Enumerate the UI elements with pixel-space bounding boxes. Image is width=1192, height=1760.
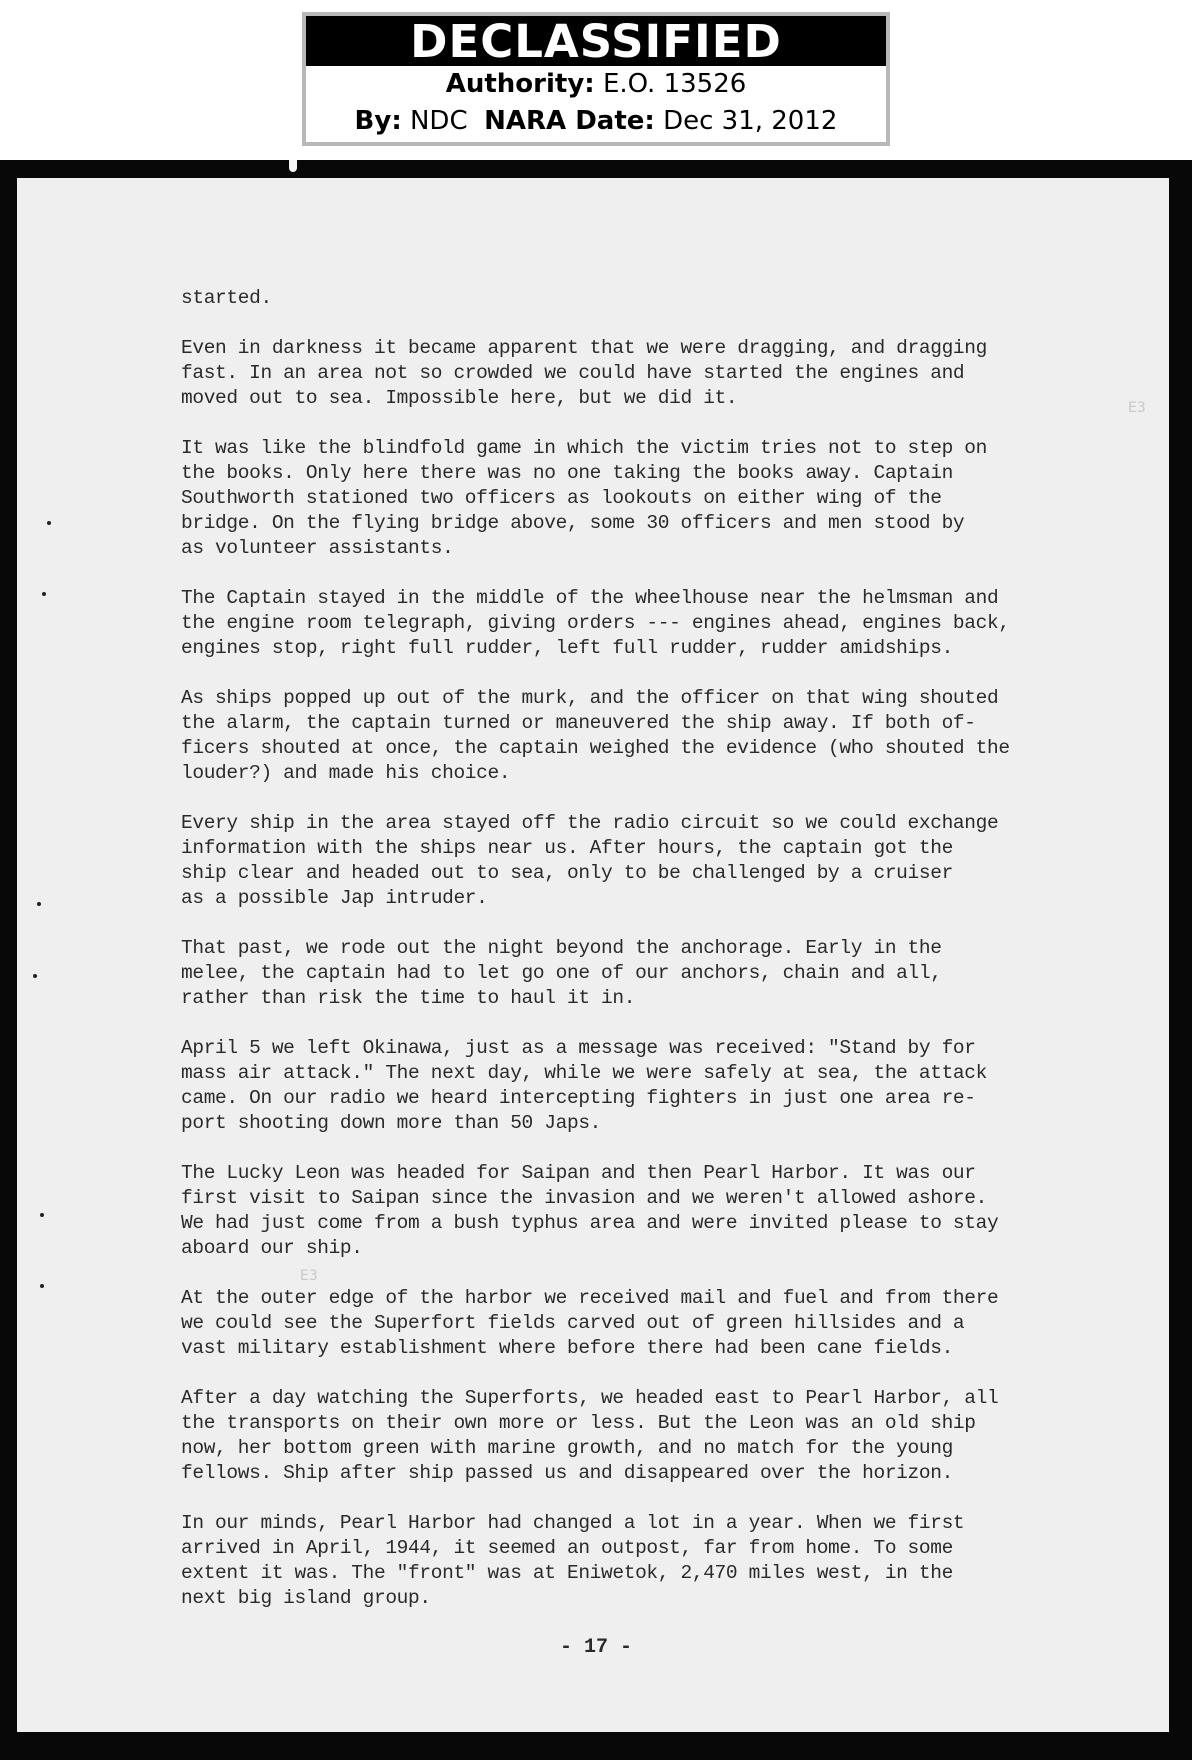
declassification-stamp: DECLASSIFIED Authority: E.O. 13526 By: N… xyxy=(302,12,890,146)
paragraph: April 5 we left Okinawa, just as a messa… xyxy=(181,1036,1081,1136)
margin-punch-dot xyxy=(40,1213,44,1217)
stamp-authority-line: Authority: E.O. 13526 xyxy=(306,66,886,103)
paragraph: At the outer edge of the harbor we recei… xyxy=(181,1286,1081,1361)
paragraph: In our minds, Pearl Harbor had changed a… xyxy=(181,1511,1081,1611)
paragraph: The Lucky Leon was headed for Saipan and… xyxy=(181,1161,1081,1261)
paragraph: The Captain stayed in the middle of the … xyxy=(181,586,1081,661)
paragraph: It was like the blindfold game in which … xyxy=(181,436,1081,561)
nara-date-label: NARA Date: xyxy=(484,106,655,136)
paragraph: Every ship in the area stayed off the ra… xyxy=(181,811,1081,911)
paragraph: Even in darkness it became apparent that… xyxy=(181,336,1081,411)
authority-label: Authority: xyxy=(446,69,595,99)
paragraph: As ships popped up out of the murk, and … xyxy=(181,686,1081,786)
paragraph: That past, we rode out the night beyond … xyxy=(181,936,1081,1011)
margin-punch-dot xyxy=(33,974,37,978)
by-label: By: xyxy=(355,106,402,136)
paragraph: After a day watching the Superforts, we … xyxy=(181,1386,1081,1486)
nara-date-value: Dec 31, 2012 xyxy=(663,106,837,136)
stamp-by-line: By: NDC NARA Date: Dec 31, 2012 xyxy=(306,103,886,140)
paragraph: started. xyxy=(181,286,1081,311)
margin-punch-dot xyxy=(37,902,41,906)
authority-value: E.O. 13526 xyxy=(603,69,746,99)
margin-punch-dot xyxy=(42,592,46,596)
margin-mark: E3 xyxy=(1128,400,1146,416)
paper-tear-mark xyxy=(289,160,297,172)
margin-punch-dot xyxy=(40,1284,44,1288)
margin-punch-dot xyxy=(47,521,51,525)
document-body: started. Even in darkness it became appa… xyxy=(181,286,1081,1636)
page-number: - 17 - xyxy=(0,1636,1192,1659)
stamp-title: DECLASSIFIED xyxy=(306,16,886,66)
by-value: NDC xyxy=(410,106,468,136)
